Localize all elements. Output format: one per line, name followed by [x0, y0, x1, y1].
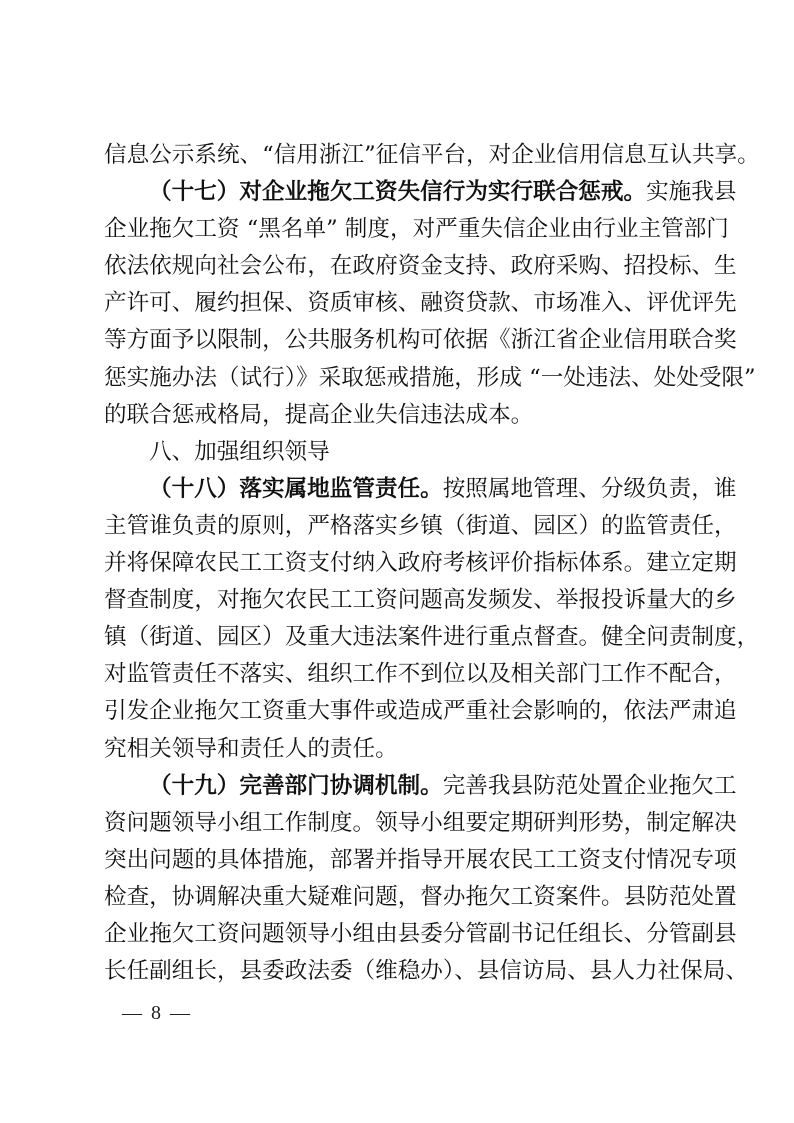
section-18-first-line: （十八）落实属地监管责任。按照属地管理、分级负责，谁 [104, 471, 692, 508]
section-18-line: 并将保障农民工工资支付纳入政府考核评价指标体系。建立定期 [104, 545, 692, 582]
section-18-line: 究相关领导和责任人的责任。 [104, 731, 692, 768]
section-17-line: 企业拖欠工资 “黑名单” 制度，对严重失信企业由行业主管部门 [104, 211, 692, 248]
section-19-line: 检查，协调解决重大疑难问题，督办拖欠工资案件。县防范处置 [104, 879, 692, 916]
chapter-heading: 八、加强组织领导 [104, 434, 692, 471]
section-18-title: （十八）落实属地监管责任。 [149, 476, 443, 502]
section-19-line: 长任副组长，县委政法委（维稳办）、县信访局、县人力社保局、 [104, 953, 692, 990]
section-19-first-line-text: 完善我县防范处置企业拖欠工 [443, 773, 737, 799]
section-18-line: 引发企业拖欠工资重大事件或造成严重社会影响的，依法严肃追 [104, 693, 692, 730]
section-19-line: 资问题领导小组工作制度。领导小组要定期研判形势，制定解决 [104, 805, 692, 842]
section-19-line: 突出问题的具体措施，部署并指导开展农民工工资支付情况专项 [104, 842, 692, 879]
section-17-line: 的联合惩戒格局，提高企业失信违法成本。 [104, 397, 692, 434]
section-17-first-line: （十七）对企业拖欠工资失信行为实行联合惩戒。实施我县 [104, 174, 692, 211]
section-18-line: 主管谁负责的原则，严格落实乡镇（街道、园区）的监管责任， [104, 508, 692, 545]
section-17-line: 等方面予以限制，公共服务机构可依据《浙江省企业信用联合奖 [104, 322, 692, 359]
section-19-line: 企业拖欠工资问题领导小组由县委分管副书记任组长、分管副县 [104, 916, 692, 953]
page-number: — 8 — [122, 1002, 192, 1025]
section-17-line: 惩实施办法（试行）》采取惩戒措施，形成 “一处违法、处处受限” [104, 360, 692, 397]
section-17-line: 产许可、履约担保、资质审核、融资贷款、市场准入、评优评先 [104, 285, 692, 322]
section-18-line: 镇（街道、园区）及重大违法案件进行重点督查。健全问责制度， [104, 619, 692, 656]
section-18-first-line-text: 按照属地管理、分级负责，谁 [443, 476, 737, 502]
section-18-line: 督查制度，对拖欠农民工工资问题高发频发、举报投诉量大的乡 [104, 582, 692, 619]
section-17-line: 依法依规向社会公布，在政府资金支持、政府采购、招投标、生 [104, 248, 692, 285]
section-17-title: （十七）对企业拖欠工资失信行为实行联合惩戒。 [149, 179, 646, 205]
section-18-line: 对监管责任不落实、组织工作不到位以及相关部门工作不配合， [104, 656, 692, 693]
section-19-first-line: （十九）完善部门协调机制。完善我县防范处置企业拖欠工 [104, 768, 692, 805]
document-page: 信息公示系统、“信用浙江”征信平台，对企业信用信息互认共享。 （十七）对企业拖欠… [104, 137, 692, 990]
section-17-first-line-text: 实施我县 [646, 179, 736, 205]
section-19-title: （十九）完善部门协调机制。 [149, 773, 443, 799]
paragraph-continuation-line: 信息公示系统、“信用浙江”征信平台，对企业信用信息互认共享。 [104, 137, 692, 174]
